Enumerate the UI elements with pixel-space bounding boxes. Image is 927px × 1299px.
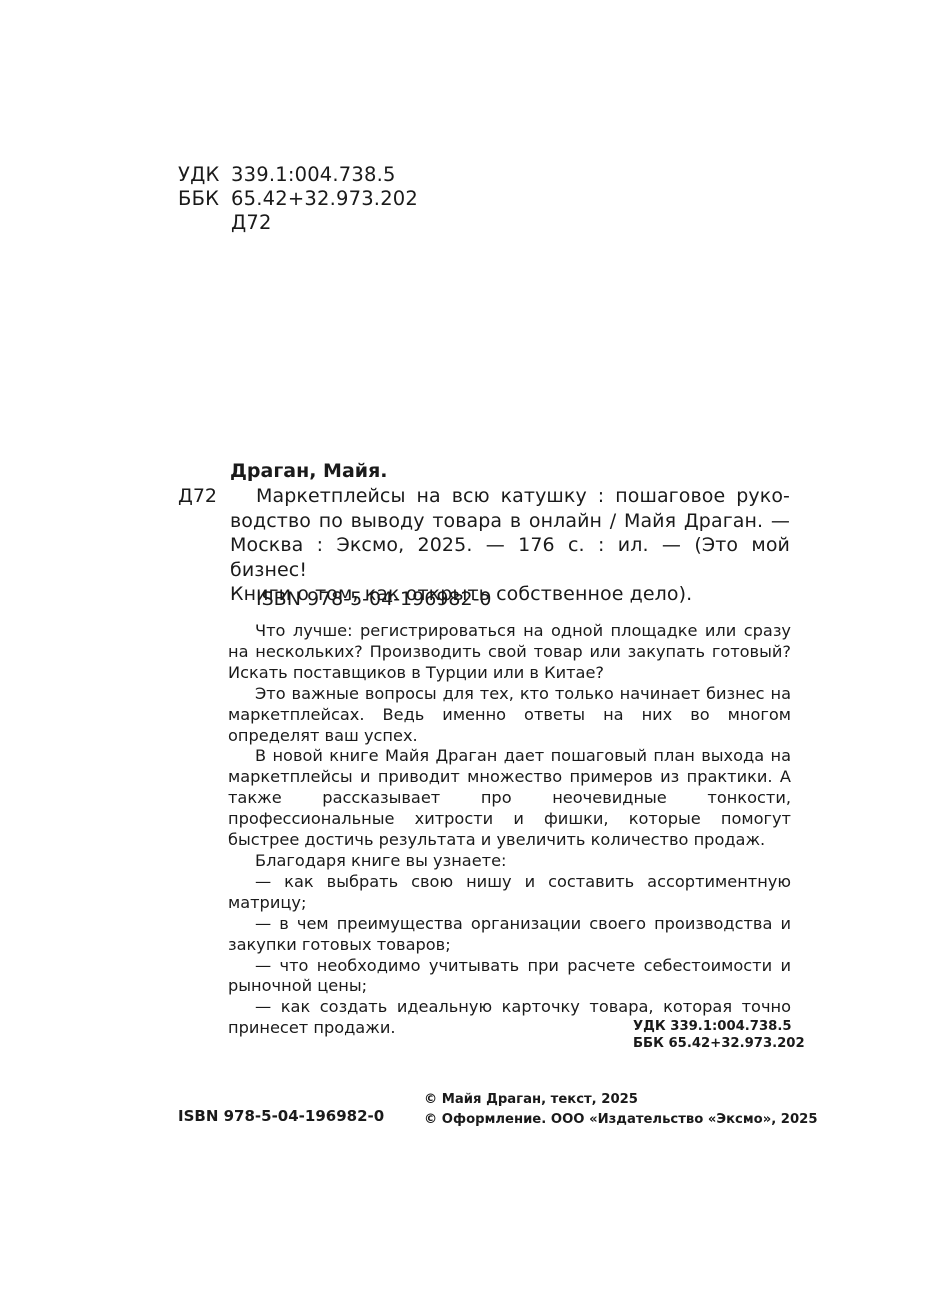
annotation-list-item: — в чем преимущества организации своего …	[228, 914, 791, 956]
classification-block-bottom: УДК 339.1:004.738.5 ББК 65.42+32.973.202	[633, 1018, 805, 1052]
annotation-paragraph: В новой книге Майя Драган дает пошаговый…	[228, 746, 791, 851]
bbk-row: ББК 65.42+32.973.202	[178, 187, 418, 211]
copyright-block: © Майя Драган, текст, 2025 © Оформление.…	[424, 1090, 818, 1130]
annotation-list-item: — как выбрать свою нишу и составить ассо…	[228, 872, 791, 914]
biblio-line: Маркетплейсы на всю катушку : пошаговое …	[230, 484, 790, 509]
udk-label: УДК	[178, 163, 231, 187]
classification-block-top: УДК 339.1:004.738.5 ББК 65.42+32.973.202…	[178, 163, 418, 235]
copyright-text: © Майя Драган, текст, 2025	[424, 1090, 818, 1110]
annotation-list-item: — что необходимо учитывать при расчете с…	[228, 956, 791, 998]
annotation-paragraph: Благодаря книге вы узнаете:	[228, 851, 791, 872]
author-mark-row: Д72	[178, 211, 418, 235]
udk-row: УДК 339.1:004.738.5	[178, 163, 418, 187]
annotation: Что лучше: регистрироваться на одной пло…	[228, 621, 791, 1039]
author-mark-top: Д72	[231, 211, 272, 235]
isbn-footer: ISBN 978-5-04-196982-0	[178, 1107, 384, 1125]
annotation-paragraph: Это важные вопросы для тех, кто только н…	[228, 684, 791, 747]
bbk-label: ББК	[178, 187, 231, 211]
author-heading: Драган, Майя.	[230, 459, 388, 483]
udk-value: 339.1:004.738.5	[231, 163, 396, 187]
udk-bottom: УДК 339.1:004.738.5	[633, 1018, 805, 1035]
author-mark: Д72	[178, 484, 217, 508]
copyright-design: © Оформление. ООО «Издательство «Эксмо»,…	[424, 1110, 818, 1130]
bbk-value: 65.42+32.973.202	[231, 187, 418, 211]
annotation-paragraph: Что лучше: регистрироваться на одной пло…	[228, 621, 791, 684]
biblio-line: Москва : Эксмо, 2025. — 176 с. : ил. — (…	[230, 533, 790, 582]
isbn-record: ISBN 978-5-04-196982-0	[256, 587, 492, 611]
bbk-bottom: ББК 65.42+32.973.202	[633, 1035, 805, 1052]
biblio-line: водство по выводу товара в онлайн / Майя…	[230, 509, 790, 534]
